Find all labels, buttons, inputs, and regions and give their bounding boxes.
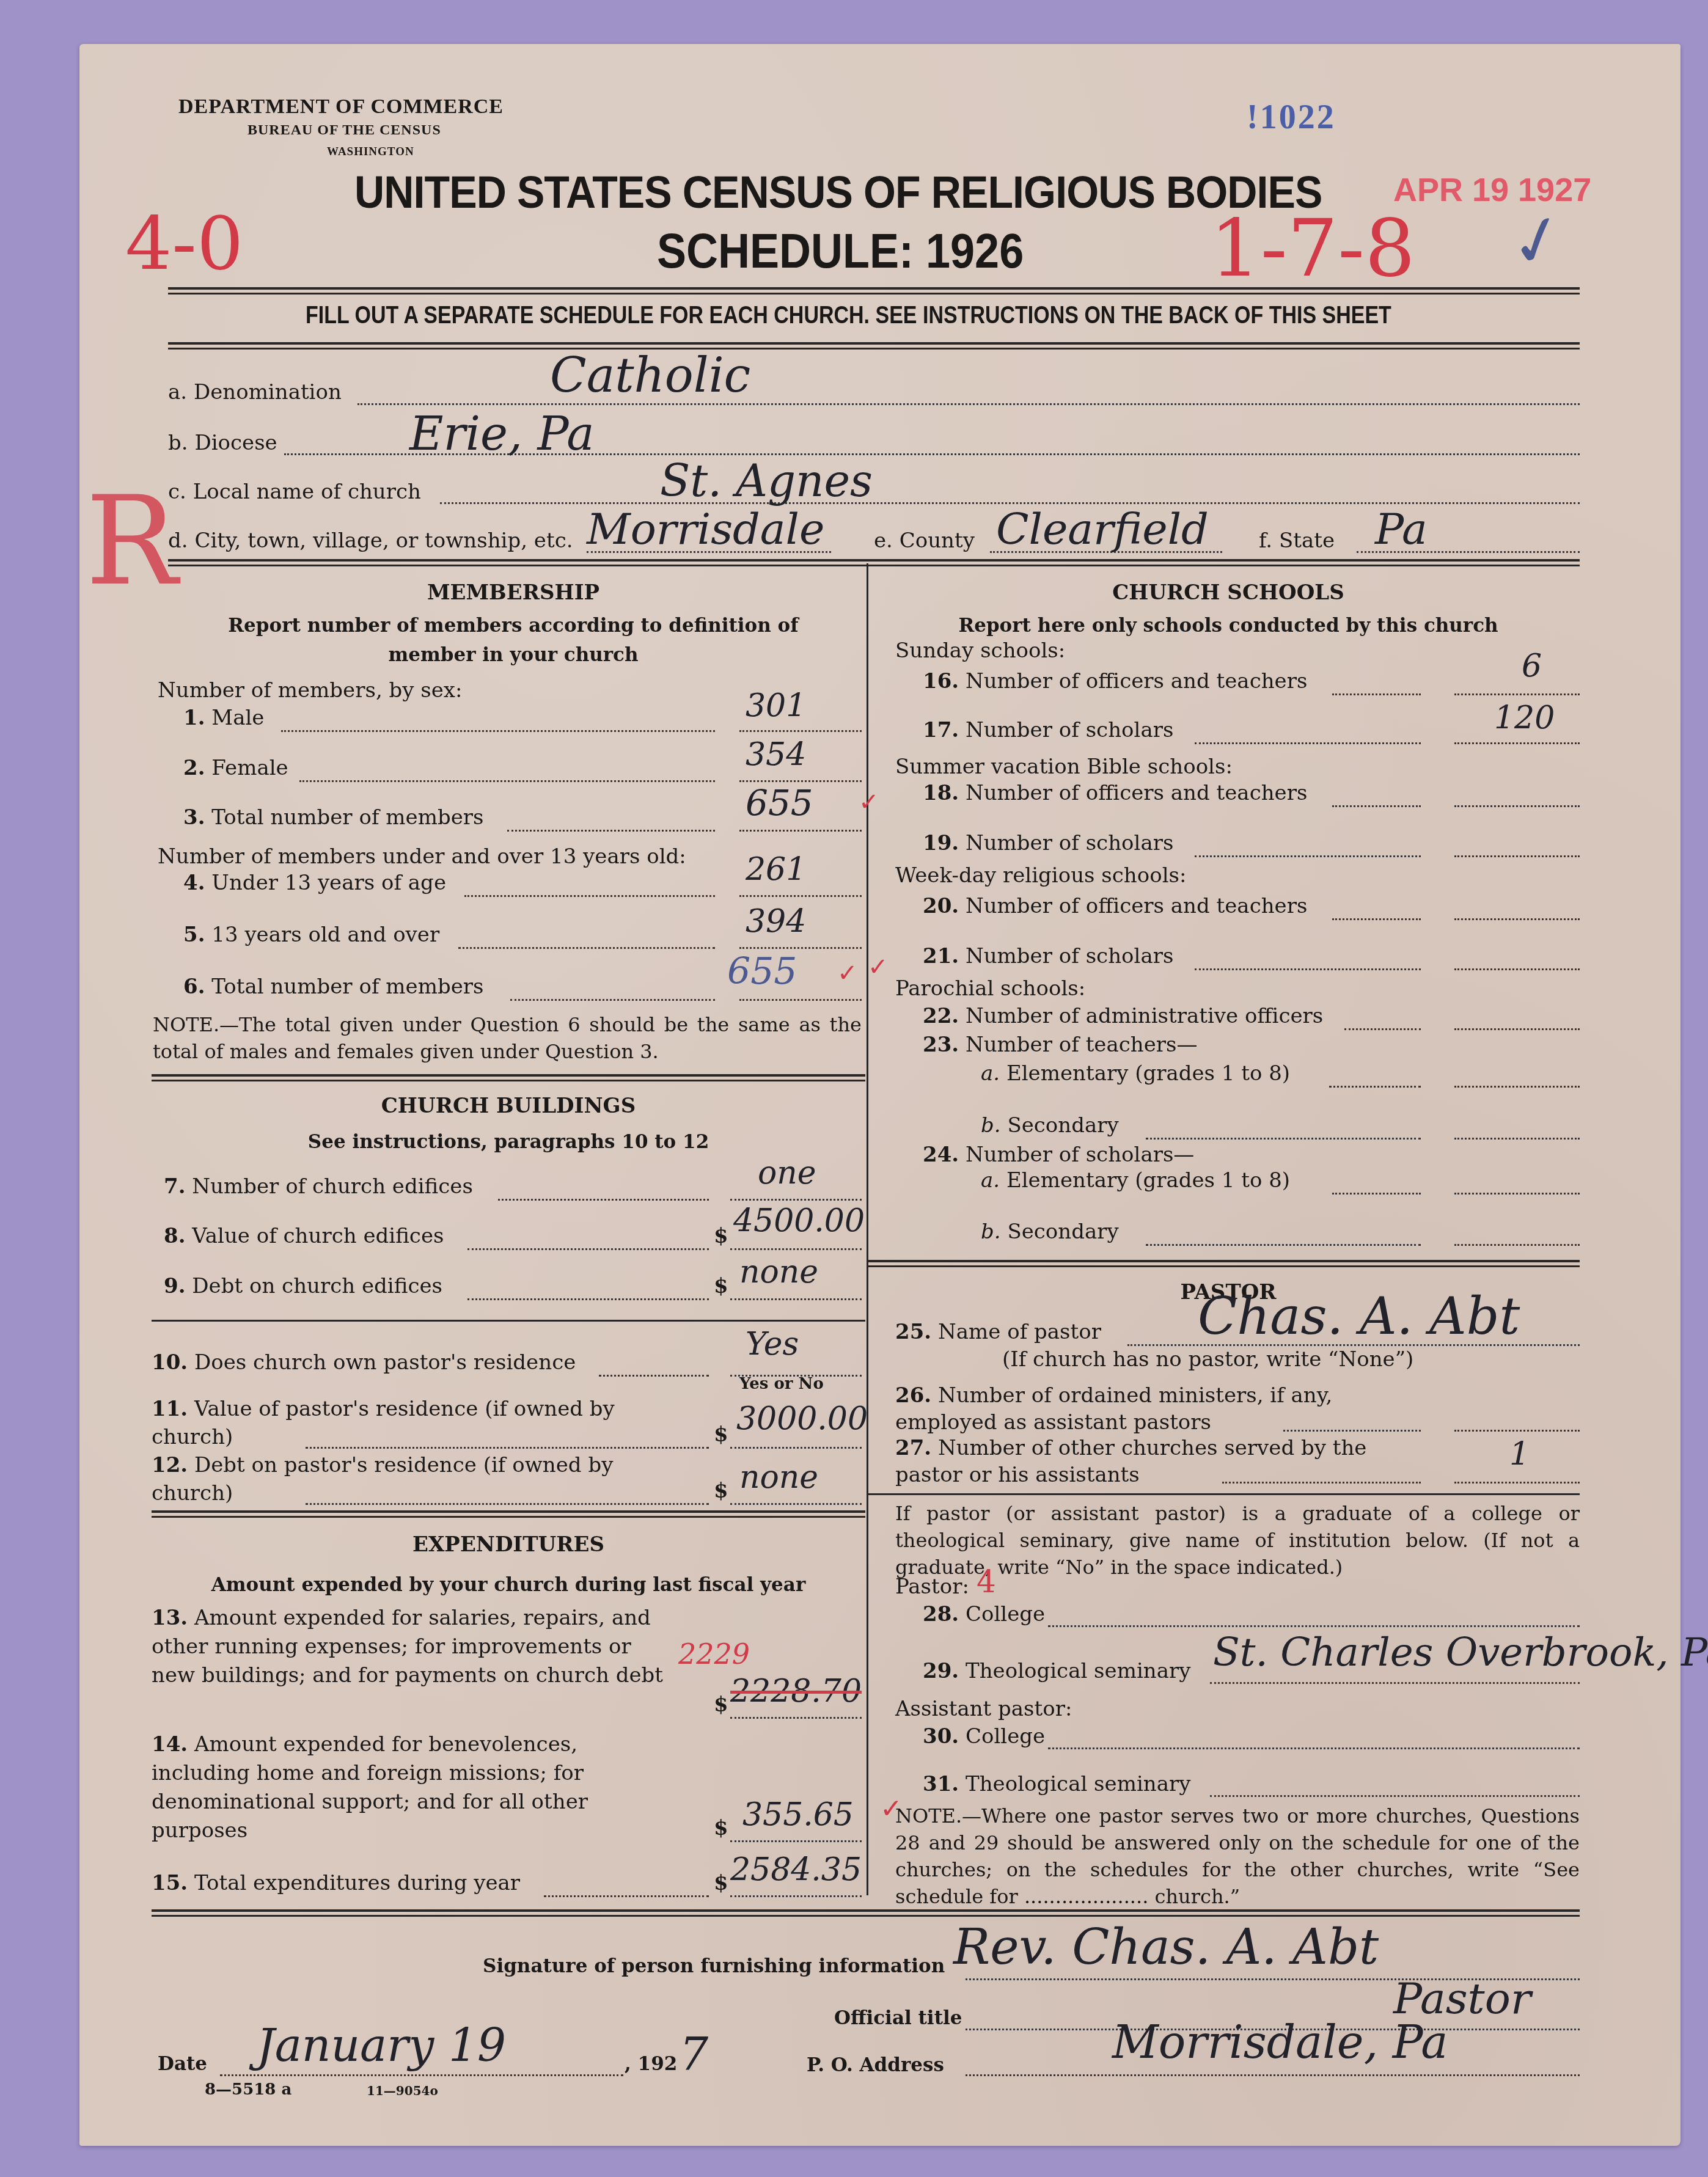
county-label: e. County — [874, 529, 975, 553]
year-field[interactable]: 7 — [680, 2029, 708, 2081]
q25-label: 25. Name of pastor — [895, 1320, 1101, 1344]
sunday-schools-label: Sunday schools: — [895, 638, 1065, 663]
q13-line — [730, 1717, 862, 1719]
q22-field[interactable] — [1454, 1028, 1580, 1030]
q2-female-field[interactable]: 354 — [746, 736, 806, 773]
q29-label: 29. Theological seminary — [923, 1659, 1190, 1683]
date-line — [220, 2074, 623, 2076]
q28-label: 28. College — [923, 1602, 1045, 1626]
expenditures-heading: EXPENDITURES — [152, 1532, 865, 1557]
q2-label: 2. Female — [183, 756, 288, 780]
margin-code-left: 4-0 — [125, 202, 243, 287]
official-title-label: Official title — [834, 2007, 962, 2029]
check-mark-icon: ✓ — [859, 788, 879, 816]
q22-label: 22. Number of administrative officers — [923, 1004, 1323, 1028]
q15-dollar: $ — [714, 1871, 728, 1895]
q13-dollar: $ — [714, 1692, 728, 1717]
county-field[interactable]: Clearfield — [996, 504, 1209, 554]
q6-total-field[interactable]: 655 — [727, 950, 797, 993]
parochial-schools-label: Parochial schools: — [895, 976, 1085, 1001]
q14-label: 14. Amount expended for benevolences, in… — [152, 1730, 677, 1845]
q4-line — [739, 895, 862, 897]
schools-divider — [868, 1260, 1580, 1262]
q2-leader — [299, 780, 715, 782]
q11-leader — [306, 1447, 709, 1449]
weekday-schools-label: Week-day religious schools: — [895, 863, 1186, 888]
pastor-education-label: Pastor: — [895, 1575, 969, 1599]
header-divider — [168, 287, 1580, 290]
q8-leader — [467, 1248, 709, 1250]
q5-leader — [458, 947, 715, 949]
q16-label: 16. Number of officers and teachers — [923, 669, 1307, 693]
q7-label: 7. Number of church edifices — [164, 1174, 473, 1199]
q5-line — [739, 947, 862, 949]
q25-hint: (If church has no pastor, write “None”) — [1002, 1347, 1413, 1372]
po-address-line — [966, 2074, 1580, 2076]
q27-label: 27. Number of other churches served by t… — [895, 1435, 1433, 1488]
margin-mark: R — [86, 470, 178, 613]
q11-label: 11. Value of pastor's residence (if owne… — [152, 1395, 677, 1451]
q14-benevolences-field[interactable]: 355.65 — [742, 1796, 854, 1833]
q4-label: 4. Under 13 years of age — [183, 871, 446, 895]
q17-line — [1454, 742, 1580, 744]
diocese-label: b. Diocese — [168, 431, 277, 455]
education-intro: If pastor (or assistant pastor) is a gra… — [895, 1500, 1580, 1581]
po-address-label: P. O. Address — [807, 2054, 944, 2076]
fill-instruction: FILL OUT A SEPARATE SCHEDULE FOR EACH CH… — [306, 302, 1391, 329]
denomination-field[interactable]: Catholic — [550, 348, 750, 403]
q24a-leader — [1332, 1193, 1421, 1195]
membership-subheading: Report number of members according to de… — [202, 611, 825, 670]
q24a-field[interactable] — [1454, 1193, 1580, 1195]
q3-total-field[interactable]: 655 — [746, 782, 813, 824]
q31-seminary-field[interactable] — [1210, 1795, 1580, 1797]
q15-label: 15. Total expenditures during year — [152, 1871, 520, 1895]
q9-label: 9. Debt on church edifices — [164, 1274, 442, 1298]
check-mark-icon: ✓ — [868, 953, 889, 981]
q15-total-field[interactable]: 2584.35 — [730, 1851, 862, 1888]
q17-label: 17. Number of scholars — [923, 718, 1173, 742]
bureau-heading: BUREAU OF THE CENSUS — [247, 122, 441, 139]
diocese-field[interactable]: Erie, Pa — [409, 406, 594, 461]
q5-13andover-field[interactable]: 394 — [746, 903, 806, 940]
q3-line — [739, 830, 862, 832]
q30-college-field[interactable] — [1048, 1747, 1580, 1749]
q21-leader — [1195, 968, 1421, 970]
q8-label: 8. Value of church edifices — [164, 1224, 444, 1248]
q23a-label: a. Elementary (grades 1 to 8) — [981, 1061, 1290, 1086]
q12-leader — [306, 1503, 709, 1505]
q7-leader — [498, 1199, 709, 1201]
q8-line — [730, 1248, 862, 1250]
pastor-mid-divider — [868, 1493, 1580, 1495]
q21-label: 21. Number of scholars — [923, 944, 1173, 968]
pastor-mark: 4 — [977, 1564, 996, 1600]
membership-heading: MEMBERSHIP — [168, 580, 859, 605]
q1-leader — [281, 730, 715, 732]
q20-field[interactable] — [1454, 918, 1580, 920]
pastor-note: NOTE.—Where one pastor serves two or mor… — [895, 1802, 1580, 1910]
schools-subheading: Report here only schools conducted by th… — [874, 611, 1583, 640]
instruction-divider — [168, 342, 1580, 345]
q12-dollar: $ — [714, 1479, 728, 1503]
q19-field[interactable] — [1454, 855, 1580, 857]
q6-label: 6. Total number of members — [183, 975, 483, 999]
q11-value-field[interactable]: 3000.00 — [736, 1400, 868, 1437]
state-field[interactable]: Pa — [1375, 504, 1428, 554]
q23a-field[interactable] — [1454, 1086, 1580, 1088]
identification-divider — [168, 559, 1580, 562]
q24a-label: a. Elementary (grades 1 to 8) — [981, 1168, 1290, 1193]
buildings-divider — [152, 1510, 865, 1513]
q11-line — [730, 1447, 862, 1449]
q31-label: 31. Theological seminary — [923, 1772, 1190, 1796]
membership-note: NOTE.—The total given under Question 6 s… — [153, 1011, 862, 1065]
q10-label: 10. Does church own pastor's residence — [152, 1350, 576, 1375]
column-divider — [867, 563, 868, 1895]
form-subtitle: SCHEDULE: 1926 — [657, 223, 1024, 279]
q24b-leader — [1146, 1244, 1421, 1246]
q7-edifices-field[interactable]: one — [758, 1155, 816, 1191]
yes-or-no-hint: Yes or No — [739, 1375, 824, 1393]
q18-leader — [1332, 805, 1421, 807]
q1-male-field[interactable]: 301 — [746, 687, 806, 724]
buildings-subheading: See instructions, paragraphs 10 to 12 — [152, 1127, 865, 1157]
schools-heading: CHURCH SCHOOLS — [874, 580, 1583, 605]
expenditures-subheading: Amount expended by your church during la… — [152, 1570, 865, 1600]
q22-leader — [1344, 1028, 1421, 1030]
q20-leader — [1332, 918, 1421, 920]
local-name-label: c. Local name of church — [168, 480, 421, 504]
q18-field[interactable] — [1454, 805, 1580, 807]
q19-label: 19. Number of scholars — [923, 831, 1173, 855]
q7-line — [730, 1199, 862, 1201]
q17-scholars-field[interactable]: 120 — [1494, 700, 1555, 736]
q14-line — [730, 1840, 862, 1842]
form-title: UNITED STATES CENSUS OF RELIGIOUS BODIES — [354, 166, 1322, 218]
city-label: d. City, town, village, or township, etc… — [168, 529, 573, 553]
buildings-mid-divider — [152, 1320, 865, 1322]
footer-divider — [152, 1909, 1580, 1912]
q16-officers-field[interactable]: 6 — [1522, 648, 1542, 684]
print-number: 11—9054o — [367, 2084, 438, 2098]
membership-divider — [152, 1074, 865, 1077]
by-sex-label: Number of members, by sex: — [158, 678, 462, 703]
q24b-field[interactable] — [1454, 1244, 1580, 1246]
q26-label: 26. Number of ordained ministers, if any… — [895, 1382, 1433, 1436]
city-field[interactable]: Morrisdale — [587, 504, 824, 554]
q9-line — [730, 1298, 862, 1300]
received-date-stamp: APR 19 1927 — [1393, 171, 1591, 209]
q21-field[interactable] — [1454, 968, 1580, 970]
date-field[interactable]: January 19 — [257, 2019, 506, 2072]
q1-label: 1. Male — [183, 706, 264, 730]
q3-label: 3. Total number of members — [183, 805, 483, 830]
summer-schools-label: Summer vacation Bible schools: — [895, 755, 1233, 779]
q8-value-field[interactable]: 4500.00 — [733, 1202, 865, 1239]
local-name-field[interactable]: St. Agnes — [660, 455, 873, 507]
po-address-field[interactable]: Morrisdale, Pa — [1112, 2016, 1448, 2069]
q11-dollar: $ — [714, 1422, 728, 1447]
buildings-heading: CHURCH BUILDINGS — [152, 1094, 865, 1118]
q9-leader — [467, 1298, 709, 1300]
q29-seminary-field[interactable]: St. Charles Overbrook, Pa — [1213, 1630, 1708, 1675]
q23-label: 23. Number of teachers— — [923, 1033, 1197, 1057]
q4-under13-field[interactable]: 261 — [746, 851, 806, 888]
q15-leader — [544, 1895, 709, 1897]
q12-label: 12. Debt on pastor's residence (if owned… — [152, 1451, 677, 1507]
q27-line — [1454, 1482, 1580, 1484]
q15-line — [730, 1895, 862, 1897]
q10-leader — [599, 1375, 709, 1377]
q24-label: 24. Number of scholars— — [923, 1143, 1194, 1167]
q6-line — [739, 999, 862, 1001]
serial-number-stamp: !1022 — [1247, 98, 1336, 137]
q5-label: 5. 13 years old and over — [183, 923, 439, 947]
q13-running-expenses-field[interactable]: 2228.70 — [730, 1673, 862, 1710]
year-prefix: , 192 — [625, 2053, 677, 2075]
q17-leader — [1195, 742, 1421, 744]
q13-correction: 2229 — [678, 1637, 750, 1670]
q26-leader — [1283, 1430, 1421, 1432]
q8-dollar: $ — [714, 1224, 728, 1248]
date-label: Date — [158, 2053, 207, 2075]
q1-line — [739, 730, 862, 732]
q27-leader — [1222, 1482, 1421, 1484]
q26-field[interactable] — [1454, 1430, 1580, 1432]
q27-other-churches-field[interactable]: 1 — [1509, 1436, 1530, 1473]
form-number: 8—5518 a — [205, 2080, 291, 2099]
q14-dollar: $ — [714, 1816, 728, 1840]
denomination-line — [357, 403, 1580, 405]
q16-line — [1454, 693, 1580, 695]
check-mark-icon: ✓ — [837, 959, 858, 987]
q13-label: 13. Amount expended for salaries, repair… — [152, 1604, 677, 1690]
location-heading: WASHINGTON — [327, 145, 414, 159]
q18-label: 18. Number of officers and teachers — [923, 781, 1307, 805]
q12-line — [730, 1503, 862, 1505]
q6-leader — [510, 999, 715, 1001]
q9-debt-field[interactable]: none — [739, 1254, 818, 1290]
department-heading: DEPARTMENT OF COMMERCE — [178, 95, 504, 119]
state-label: f. State — [1259, 529, 1335, 553]
q25-pastor-name-field[interactable]: Chas. A. Abt — [1198, 1286, 1520, 1346]
q9-dollar: $ — [714, 1274, 728, 1298]
q3-leader — [507, 830, 715, 832]
q12-debt-field[interactable]: none — [739, 1459, 818, 1496]
q16-leader — [1332, 693, 1421, 695]
q23a-leader — [1329, 1086, 1421, 1088]
q23b-field[interactable] — [1454, 1138, 1580, 1140]
q10-owns-residence-field[interactable]: Yes — [746, 1326, 799, 1363]
q28-college-field[interactable] — [1048, 1625, 1580, 1627]
q20-label: 20. Number of officers and teachers — [923, 894, 1307, 918]
q29-line — [1210, 1682, 1580, 1684]
q23b-label: b. Secondary — [981, 1113, 1119, 1138]
q19-leader — [1195, 855, 1421, 857]
signature-field[interactable]: Rev. Chas. A. Abt — [953, 1919, 1379, 1975]
margin-code-right: 1-7-8 — [1210, 202, 1415, 295]
by-age-label: Number of members under and over 13 year… — [158, 844, 686, 869]
denomination-label: a. Denomination — [168, 380, 342, 404]
q23b-leader — [1146, 1138, 1421, 1140]
q4-leader — [464, 895, 715, 897]
q30-label: 30. College — [923, 1724, 1045, 1749]
signature-label: Signature of person furnishing informati… — [483, 1955, 945, 1977]
assistant-pastor-label: Assistant pastor: — [895, 1697, 1072, 1721]
q24b-label: b. Secondary — [981, 1220, 1119, 1244]
